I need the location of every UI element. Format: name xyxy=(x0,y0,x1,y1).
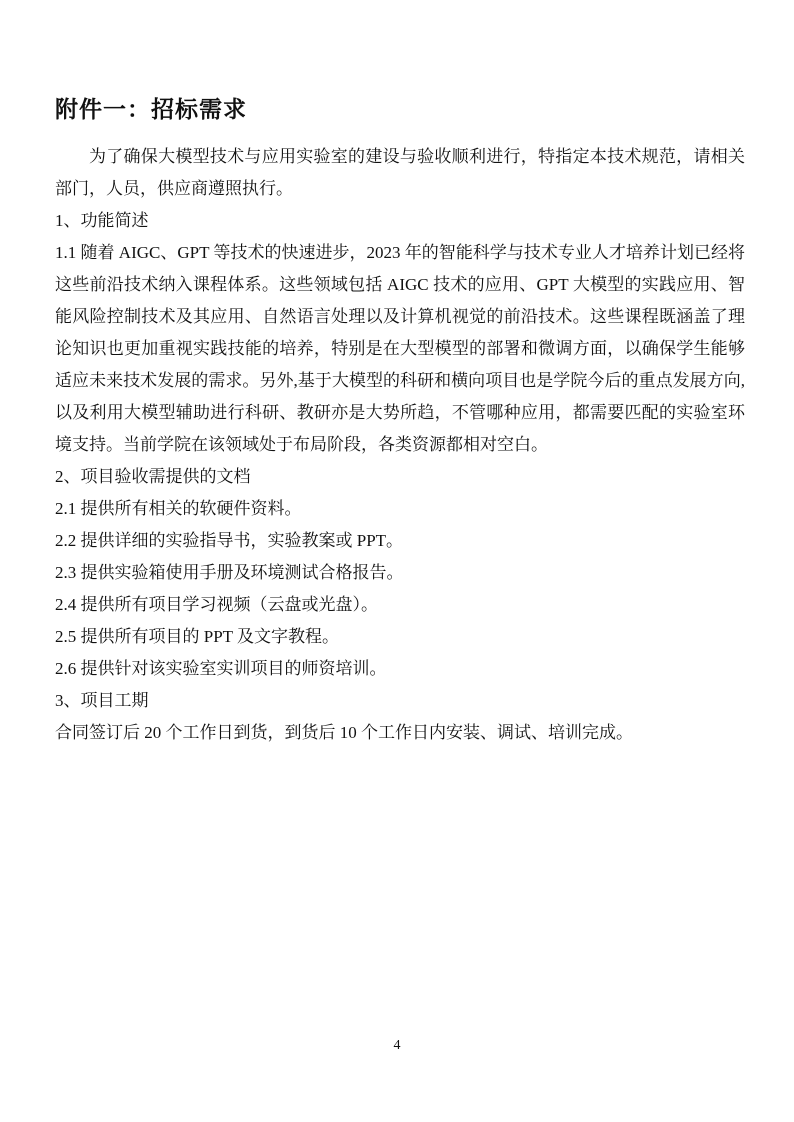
paragraph: 为了确保大模型技术与应用实验室的建设与验收顺利进行，特指定本技术规范，请相关部门… xyxy=(55,141,745,205)
document-page: 附件一：招标需求 为了确保大模型技术与应用实验室的建设与验收顺利进行，特指定本技… xyxy=(0,0,794,1122)
paragraph: 2.1 提供所有相关的软硬件资料。 xyxy=(55,493,745,525)
page-footer: 4 xyxy=(0,1036,794,1056)
paragraph: 2.4 提供所有项目学习视频（云盘或光盘）。 xyxy=(55,589,745,621)
paragraph: 3、项目工期 xyxy=(55,685,745,717)
paragraph: 2.2 提供详细的实验指导书，实验教案或 PPT。 xyxy=(55,525,745,557)
paragraph: 2.6 提供针对该实验室实训项目的师资培训。 xyxy=(55,653,745,685)
paragraph: 2、项目验收需提供的文档 xyxy=(55,461,745,493)
paragraph: 2.5 提供所有项目的 PPT 及文字教程。 xyxy=(55,621,745,653)
paragraph: 2.3 提供实验箱使用手册及环境测试合格报告。 xyxy=(55,557,745,589)
paragraph: 1.1 随着 AIGC、GPT 等技术的快速进步，2023 年的智能科学与技术专… xyxy=(55,237,745,461)
paragraph: 合同签订后 20 个工作日到货，到货后 10 个工作日内安装、调试、培训完成。 xyxy=(55,717,745,749)
paragraph-list: 为了确保大模型技术与应用实验室的建设与验收顺利进行，特指定本技术规范，请相关部门… xyxy=(55,141,745,749)
document-body: 附件一：招标需求 为了确保大模型技术与应用实验室的建设与验收顺利进行，特指定本技… xyxy=(55,92,745,749)
document-title: 附件一：招标需求 xyxy=(55,92,745,128)
paragraph: 1、功能简述 xyxy=(55,205,745,237)
page-number: 4 xyxy=(394,1038,401,1053)
